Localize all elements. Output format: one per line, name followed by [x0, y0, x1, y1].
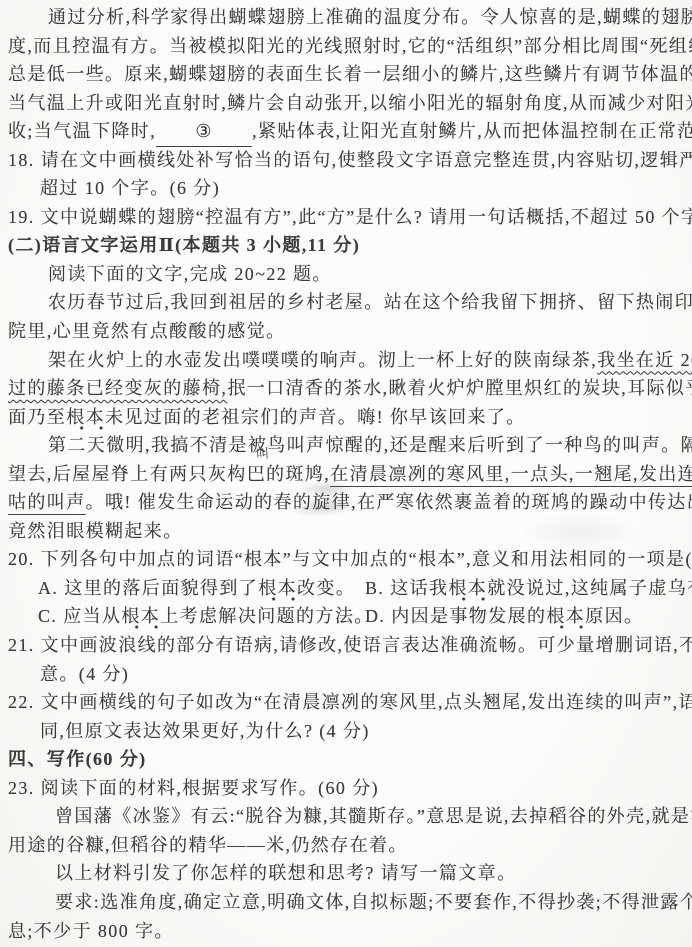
passage1-line: 当气温上升或阳光直射时,鳞片会自动张开,以缩小阳光的辐射角度,从而减少对阳光热能…: [8, 89, 684, 118]
passage2-line: 院里,心里竟然有点酸酸的感觉。: [8, 317, 684, 346]
essay-material-line: 用途的谷糠,但稻谷的精华——米,仍然存在着。: [8, 831, 684, 860]
question-21-text: 意。(4 分): [40, 664, 129, 684]
passage2-line: 面乃至根本未见过面的老祖宗们的声音。嗨! 你早该回来了。: [8, 403, 684, 432]
option-a: A. 这里的落后面貌得到了根本改变。: [38, 574, 365, 603]
passage2-line: 农历春节过后,我回到祖居的乡村老屋。站在这个给我留下拥挤、留下热闹印象的祖居小: [8, 288, 684, 317]
passage2-text: 望去,后屋屋脊上有两只灰构巴的斑鸠,: [8, 464, 330, 484]
question-22-cont: 同,但原文表达效果更好,为什么? (4 分): [8, 717, 684, 746]
essay-requirements-line: 息;不少于 800 字。: [8, 917, 684, 946]
passage1-line: 收;当气温下降时,③,紧贴体表,让阳光直射鳞片,从而把体温控制在正常范围之内。: [8, 117, 684, 146]
option-d: D. 内因是事物发展的根本原因。: [365, 602, 643, 631]
straight-underlined-text: 在清晨凛冽的寒风里,一点头,一翘尾,发出连续的咕咕: [330, 464, 692, 484]
question-21-text: 21. 文中画波浪线的部分有语病,请修改,使语言表达准确流畅。可少量增删词语,不…: [8, 635, 692, 655]
question-22-text: 同,但原文表达效果更好,为什么? (4 分): [40, 721, 370, 741]
passage2-text: 第二天微明,我搞不清是被鸟叫声惊醒的,还是醒来后听到了一种鸟的叫声。隔着窗玻璃: [48, 435, 692, 455]
question-23: 23. 阅读下面的材料,根据要求写作。(60 分): [8, 774, 684, 803]
passage1-text: 总是低一些。原来,蝴蝶翅膀的表面生长着一层细小的鳞片,这些鳞片有调节体温的作用。…: [8, 64, 692, 84]
passage1-text: 当气温上升或阳光直射时,鳞片会自动张开,以缩小阳光的辐射角度,从而减少对阳光热能…: [8, 93, 692, 113]
question-21-cont: 意。(4 分): [8, 660, 684, 689]
question-18-cont: 超过 10 个字。(6 分): [8, 174, 684, 203]
question-20-options-row-1: A. 这里的落后面貌得到了根本改变。 B. 这话我根本就没说过,这纯属子虚乌有。: [8, 574, 684, 603]
question-18-text: 超过 10 个字。(6 分): [40, 178, 220, 198]
passage2-line: 望去,后屋屋脊上有两只灰构巴的斑鸠,在清晨凛冽的寒风里,一点头,一翘尾,发出连续…: [8, 460, 684, 489]
option-b: B. 这话我根本就没说过,这纯属子虚乌有。: [365, 574, 692, 603]
exam-paper-scan: 通过分析,科学家得出蝴蝶翅膀上准确的温度分布。令人惊喜的是,蝴蝶的翅膀不但有温 …: [0, 0, 692, 947]
essay-requirements-line: 要求:选准角度,确定立意,明确文体,自拟标题;不要套作,不得抄袭;不得泄露个人信: [8, 888, 684, 917]
dotted-emphasis-genben: 根本: [546, 606, 585, 629]
option-b-text: B. 这话我: [365, 578, 448, 598]
option-a-text: A. 这里的落后面貌得到了: [38, 578, 258, 598]
blank-circled-number: ③: [195, 121, 213, 141]
section-2-intro: 阅读下面的文字,完成 20~22 题。: [8, 260, 684, 289]
passage2-text: 院里,心里竟然有点酸酸的感觉。: [8, 321, 286, 341]
passage1-text: 收;当气温下降时,: [8, 121, 156, 141]
essay-material-text: 用途的谷糠,但稻谷的精华——米,仍然存在着。: [8, 835, 408, 855]
fill-in-blank-3: ③: [156, 117, 252, 147]
passage2-line: 咕的叫声。哦! 催发生命运动的春的旋律,在严寒依然裹盖着的斑鸠的躁动中传达出来了…: [8, 488, 684, 517]
question-23-text: 23. 阅读下面的材料,根据要求写作。(60 分): [8, 778, 379, 798]
section-4-header-text: 四、写作(60 分): [8, 749, 147, 769]
question-19-text: 19. 文中说蝴蝶的翅膀“控温有方”,此“方”是什么? 请用一句话概括,不超过 …: [8, 207, 692, 227]
passage2-text: 。哦! 催发生命运动的春的旋律,在严寒依然裹盖着的斑鸠的躁动中传达出来了,我: [86, 492, 692, 512]
essay-material-line: 以上材料引发了你怎样的联想和思考? 请写一篇文章。: [8, 859, 684, 888]
passage2-line: 第二天微明,我搞不清是被鸟叫声惊醒的,还是醒来后听到了一种鸟的叫声。隔着窗玻璃: [8, 431, 684, 460]
dotted-emphasis-genben: 根本: [121, 606, 160, 629]
passage2-text: 架在火炉上的水壶发出噗噗噗的响声。沏上一杯上好的陕南绿茶,: [48, 350, 597, 370]
question-19: 19. 文中说蝴蝶的翅膀“控温有方”,此“方”是什么? 请用一句话概括,不超过 …: [8, 203, 684, 232]
straight-underlined-text: 咕的叫声: [8, 492, 86, 512]
question-20: 20. 下列各句中加点的词语“根本”与文中加点的“根本”,意义和用法相同的一项是…: [8, 545, 684, 574]
option-a-text: 改变。: [297, 578, 355, 598]
option-d-text: 原因。: [585, 606, 643, 626]
passage2-line: 架在火炉上的水壶发出噗噗噗的响声。沏上一杯上好的陕南绿茶,我坐在近 20 年曾经…: [8, 346, 684, 375]
passage2-line: 过的藤条已经变灰的藤椅,抿一口清香的茶水,瞅着火炉炉膛里炽红的炭块,耳际似乎萦绕…: [8, 374, 684, 403]
option-c-text: 上考虑解决问题的方法。: [160, 606, 373, 626]
dotted-emphasis-genben: 根本: [66, 407, 105, 430]
passage2-text: 抿一口清香的茶水,瞅着火炉炉膛里炽红的炭块,耳际似乎萦绕见过: [227, 378, 692, 398]
section-4-header: 四、写作(60 分): [8, 745, 684, 774]
essay-material-line: 曾国藩《冰鉴》有云:“脱谷为糠,其髓斯存。”意思是说,去掉稻谷的外壳,就是没有多…: [8, 802, 684, 831]
passage1-text: ,紧贴体表,让阳光直射鳞片,从而把体温控制在正常范围之内。: [252, 121, 692, 141]
essay-material-text: 以上材料引发了你怎样的联想和思考? 请写一篇文章。: [55, 863, 517, 883]
section-2-header-text: (二)语言文字运用Ⅱ(本题共 3 小题,11 分): [8, 235, 360, 255]
option-d-text: D. 内因是事物发展的: [365, 606, 546, 626]
wavy-underlined-text: 过的藤条已经变灰的藤椅,: [8, 378, 227, 398]
essay-requirements-text: 要求:选准角度,确定立意,明确文体,自拟标题;不要套作,不得抄袭;不得泄露个人信: [55, 892, 692, 912]
passage2-text: 竟然泪眼模糊起来。: [8, 521, 183, 541]
passage1-text: 度,而且控温有方。当被模拟阳光的光线照射时,它的“活组织”部分相比周围“死组织”…: [8, 36, 692, 56]
question-20-text: 20. 下列各句中加点的词语“根本”与文中加点的“根本”,意义和用法相同的一项是…: [8, 549, 692, 569]
option-c-text: C. 应当从: [38, 606, 121, 626]
handwritten-annotation: 叫: [256, 447, 270, 461]
passage1-line: 总是低一些。原来,蝴蝶翅膀的表面生长着一层细小的鳞片,这些鳞片有调节体温的作用。…: [8, 60, 684, 89]
option-b-text: 就没说过,这纯属子虚乌有。: [487, 578, 692, 598]
dotted-emphasis-genben: 根本: [258, 578, 297, 601]
passage2-text: 面乃至: [8, 407, 66, 427]
question-18: 18. 请在文中画横线处补写恰当的语句,使整段文字语意完整连贯,内容贴切,逻辑严…: [8, 146, 684, 175]
question-20-options-row-2: C. 应当从根本上考虑解决问题的方法。 D. 内因是事物发展的根本原因。: [8, 602, 684, 631]
dotted-emphasis-genben: 根本: [448, 578, 487, 601]
passage2-line: 竟然泪眼模糊起来。: [8, 517, 684, 546]
passage1-line: 通过分析,科学家得出蝴蝶翅膀上准确的温度分布。令人惊喜的是,蝴蝶的翅膀不但有温: [8, 3, 684, 32]
wavy-underlined-text: 我坐在近 20 年曾经坐: [597, 350, 692, 370]
question-22-text: 22. 文中画横线的句子如改为“在清晨凛冽的寒风里,点头翘尾,发出连续的叫声”,…: [8, 692, 692, 712]
section-2-intro-text: 阅读下面的文字,完成 20~22 题。: [48, 264, 332, 284]
essay-requirements-text: 息;不少于 800 字。: [8, 921, 174, 941]
question-22: 22. 文中画横线的句子如改为“在清晨凛冽的寒风里,点头翘尾,发出连续的叫声”,…: [8, 688, 684, 717]
section-2-header: (二)语言文字运用Ⅱ(本题共 3 小题,11 分): [8, 231, 684, 260]
passage2-text: 未见过面的老祖宗们的声音。嗨! 你早该回来了。: [105, 407, 526, 427]
question-18-text: 18. 请在文中画横线处补写恰当的语句,使整段文字语意完整连贯,内容贴切,逻辑严…: [8, 150, 692, 170]
option-c: C. 应当从根本上考虑解决问题的方法。: [38, 602, 365, 631]
passage1-text: 通过分析,科学家得出蝴蝶翅膀上准确的温度分布。令人惊喜的是,蝴蝶的翅膀不但有温: [48, 7, 692, 27]
question-21: 21. 文中画波浪线的部分有语病,请修改,使语言表达准确流畅。可少量增删词语,不…: [8, 631, 684, 660]
essay-material-text: 曾国藩《冰鉴》有云:“脱谷为糠,其髓斯存。”意思是说,去掉稻谷的外壳,就是没有多…: [55, 806, 692, 826]
passage1-line: 度,而且控温有方。当被模拟阳光的光线照射时,它的“活组织”部分相比周围“死组织”…: [8, 32, 684, 61]
passage2-text: 农历春节过后,我回到祖居的乡村老屋。站在这个给我留下拥挤、留下热闹印象的祖居小: [48, 292, 692, 312]
